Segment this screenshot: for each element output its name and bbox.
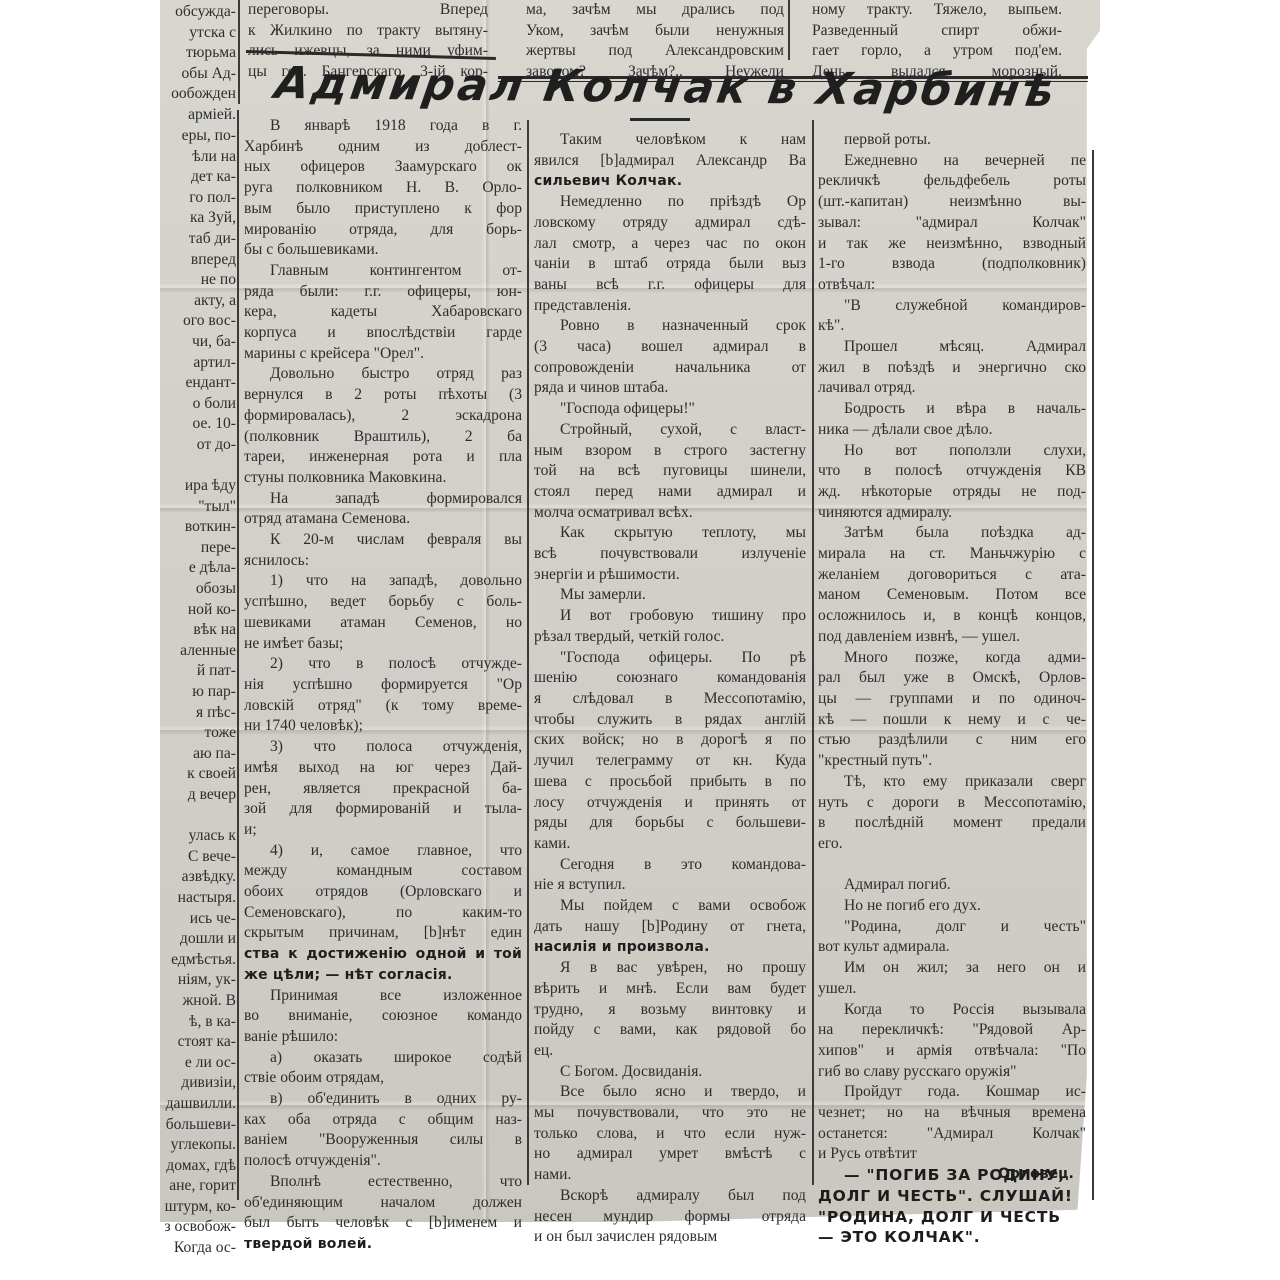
text-line: и он был зачислен рядовым [534,1227,806,1248]
text-line: вѣк на [160,620,236,641]
text-line: "крестный путь". [818,751,1086,772]
text-line: кѣ — пошли к нему и с че- [818,710,1086,731]
text-line: стуны полковника Маковкина. [244,468,522,489]
text-line: Тѣ, кто ему приказали сверг [818,772,1086,793]
text-line: вым было приступлено к фор [244,199,522,220]
paragraph: Прошел мѣсяц. Адмиралжил в поѣздѣ и энер… [818,337,1086,399]
text-line: я слѣдовал в Мессопотамiю, [534,689,806,710]
column-rule [1092,150,1094,1200]
text-line: обозы [160,579,236,600]
text-line: представленiя. [534,296,806,317]
text-line: Как скрытую теплоту, мы [534,523,806,544]
text-line: С Богом. Досвиданiя. [534,1062,806,1083]
text-line: ендант- [160,373,236,394]
text-line: Им он жил; за него он и [818,958,1086,979]
text-line: только слова, и что если нуж- [534,1124,806,1145]
text-line: дошли и [160,929,236,950]
text-line: чи, ба- [160,332,236,353]
paragraph: Много позже, когда адми-рал был уже в Ом… [818,648,1086,772]
text-line: Разведенный спирт обжи- [812,21,1062,42]
text-line: цы — группами и по одиноч- [818,689,1086,710]
paragraph: Бодрость и вѣра в началь-ника — дѣлали с… [818,399,1086,440]
text-line: ка Зуй, [160,208,236,229]
text-line: той на всѣ пуговицы шинели, [534,461,806,482]
text-line: полосѣ отчужденiя". [244,1151,522,1172]
text-line: ись че- [160,909,236,930]
text-line: нiям, ук- [160,970,236,991]
text-line: Бодрость и вѣра в началь- [818,399,1086,420]
text-line: трудно, я возьму винтовку и [534,1000,806,1021]
paragraph: Я в вас увѣрен, но прошувѣрить и мнѣ. Ес… [534,958,806,1062]
text-line: рен, является прекрасной ба- [244,779,522,800]
text-line: во вниманiе, союзное командо [244,1006,522,1027]
text-line: энергiи и рѣшимости. [534,565,806,586]
text-line: армiей. [160,105,236,126]
paragraph: Как скрытую теплоту, мывсѣ почувствовали… [534,523,806,585]
text-line: нами. [534,1165,806,1186]
paragraph: Довольно быстро отряд развернулся в 2 ро… [244,364,522,488]
text-line: рекличкѣ фельдфебель роты [818,171,1086,192]
text-line: отвѣчал: [818,275,1086,296]
text-line: Семеновскаго), по каким-то [244,903,522,924]
paragraph: Немедленно по прiѣздѣ Орловскому отряду … [534,192,806,316]
text-line: зывал: "адмирал Колчак" [818,213,1086,234]
paragraph: Тѣ, кто ему приказали свергнуть с дороги… [818,772,1086,855]
text-line: ѣли на [160,147,236,168]
text-line: пойду с вами, как рядовой бо [534,1020,806,1041]
text-line: тареи, инженерная рота и пла [244,447,522,468]
text-line: Мы замерли. [534,585,806,606]
text-line: тоже [160,723,236,744]
text-line: лал смотр, а через час по окон [534,234,806,255]
text-line: улась к [160,826,236,847]
paragraph: В январѣ 1918 года в г.Харбинѣ одним из … [244,116,522,261]
text-line: утска с [160,23,236,44]
text-line: ира ѣду [160,476,236,497]
text-line: Ежедневно на вечерней пе [818,151,1086,172]
text-line: мирала на ст. Маньчжурiю с [818,544,1086,565]
text-line: ваны всѣ г.г. офицеры для [534,275,806,296]
text-line: В январѣ 1918 года в г. [244,116,522,137]
paragraph: Затѣм была поѣздка ад-мирала на ст. Мань… [818,523,1086,647]
text-line: ни 1740 человѣк); [244,716,522,737]
text-line: Прошел мѣсяц. Адмирал [818,337,1086,358]
text-line: и так же неизмѣнно, взводный [818,234,1086,255]
text-line: мы почувствовали, что это не [534,1103,806,1124]
paragraph: 2) что в полосѣ отчужде-нiя успѣшно форм… [244,654,522,737]
text-line: й пат- [160,661,236,682]
paragraph: Все было ясно и твердо, имы почувствовал… [534,1082,806,1186]
paragraph: Мы пойдем с вами освобождать нашу [b]Род… [534,896,806,958]
text-line: не имѣет базы; [244,634,522,655]
text-line: Сегодня в это командова- [534,855,806,876]
column-rule [527,120,529,1185]
text-line: о боли [160,394,236,415]
text-line: едмѣстья. [160,950,236,971]
text-line: Довольно быстро отряд раз [244,364,522,385]
text-line: чиняются адмиралу. [818,503,1086,524]
paragraph: Вполнѣ естественно, чтооб'единяющим нача… [244,1172,522,1255]
text-line: артил- [160,353,236,374]
text-line: К 20-м числам февраля вы [244,530,522,551]
paragraph: И вот гробовую тишину прорѣзал твердый, … [534,606,806,647]
text-line: Принимая все изложенное [244,986,522,1007]
text-line: стоял перед нами адмирал и [534,482,806,503]
text-line: вот культ адмирала. [818,937,1086,958]
text-line: "тыл" [160,497,236,518]
text-line: что в полосѣ отчужденiя КВ [818,461,1086,482]
text-line: Ровно в назначенный срок [534,316,806,337]
text-line: кѣ". [818,316,1086,337]
text-line: 1) что на западѣ, довольно [244,571,522,592]
text-line: скрытым причинам, [b]нѣт един [244,923,522,944]
text-line: останется: "Адмирал Колчак" [818,1124,1086,1145]
text-line: несен мундир формы отряда [534,1207,806,1228]
text-line: ма, зачѣм мы дрались под [526,0,784,21]
text-line: ряда были: г.г. офицеры, юн- [244,282,522,303]
text-line: успѣшно, ведет борьбу с боль- [244,592,522,613]
text-line: и Русь отвѣтит [818,1144,1086,1165]
text-line: переговоры. Вперед [248,0,488,21]
text-line: мированiю отряда, для борь- [244,220,522,241]
text-line: ным взором в строго застегну [534,441,806,462]
text-line: Вполнѣ естественно, что [244,1172,522,1193]
paragraph: Но вот поползли слухи,что в полосѣ отчуж… [818,441,1086,524]
text-line: домах, гдѣ [160,1156,236,1177]
text-line: Затѣм была поѣздка ад- [818,523,1086,544]
text-line: нiе я вступил. [534,875,806,896]
text-line: ловскiй отряд" (к тому време- [244,696,522,717]
paragraph: Вскорѣ адмиралу был поднесен мундир форм… [534,1186,806,1248]
text-line: "В служебной командиров- [818,296,1086,317]
text-line: ое. 10- [160,414,236,435]
text-line: Много позже, когда адми- [818,648,1086,669]
text-line: Когда то Россiя вызывала [818,1000,1086,1021]
text-line: руга полковником Н. В. Орло- [244,178,522,199]
text-line: ряды для борьбы с большеви- [534,813,806,834]
text-line: — ЭТО КОЛЧАК". [818,1227,1086,1248]
text-line: И вот гробовую тишину про [534,606,806,627]
text-line: "Господа офицеры!" [534,399,806,420]
text-line: желанiем договориться с ата- [818,565,1086,586]
previous-article-fragment-left: обсужда-утска стюрьмаобы Ад-ообожденармi… [160,2,236,126]
text-line: Все было ясно и твердо, и [534,1082,806,1103]
text-line: Таким человѣком к нам [534,130,806,151]
text-line: осложнилось и, в концѣ концов, [818,606,1086,627]
text-line: таб ди- [160,229,236,250]
text-line: ушел. [818,979,1086,1000]
paragraph: Стройный, сухой, с власт-ным взором в ст… [534,420,806,524]
column-rule [237,110,239,1200]
paragraph: а) оказать широкое содѣйствiе обоим отря… [244,1048,522,1089]
text-line: в) об'единить в одних ру- [244,1089,522,1110]
text-line: Но не погиб его дух. [818,896,1086,917]
text-line: дать нашу [b]Родину от гнета, [534,917,806,938]
text-line: имѣя выход на юг через Дай- [244,758,522,779]
text-line: Адмирал погиб. [818,875,1086,896]
text-line: акту, а [160,291,236,312]
text-line: стью раздѣлили с ним его [818,730,1086,751]
text-line: ванiе рѣшило: [244,1027,522,1048]
text-line: обоих отрядов (Орловскаго и [244,882,522,903]
text-line: в послѣднiй момент предали [818,813,1086,834]
text-line: (3 часа) вошел адмирал в [534,337,806,358]
paragraph: Принимая все изложенноево вниманiе, союз… [244,986,522,1048]
text-line: з освобож- [160,1217,236,1238]
text-line: 4) и, самое главное, что [244,841,522,862]
text-line: ками. [534,834,806,855]
text-line: Пройдут года. Кошмар ис- [818,1082,1086,1103]
text-line: лучил телеграмму от кн. Куда [534,751,806,772]
text-line: кера, кадеты Хабаровскаго [244,302,522,323]
text-line: жной. В [160,991,236,1012]
text-line: вперед [160,250,236,271]
text-line: углекопы. [160,1135,236,1156]
text-line: зой для формированiй и тыла- [244,799,522,820]
text-line: отряд атамана Семенова. [244,509,522,530]
paragraph: Ежедневно на вечерней перекличкѣ фельдфе… [818,151,1086,296]
text-line: чанiи в штаб отряда были выз [534,254,806,275]
text-line: ообожден [160,84,236,105]
text-line: же цѣли; — нѣт согласiя. [244,965,522,986]
paragraph: Мы замерли. [534,585,806,606]
text-line: молча осматривал всѣх. [534,503,806,524]
paragraph: "Господа офицеры. По рѣшенiю союзнаго ко… [534,648,806,855]
text-line: вѣрить и мнѣ. Если вам будет [534,979,806,1000]
text-line: На западѣ формировался [244,489,522,510]
text-line: Я в вас увѣрен, но прошу [534,958,806,979]
text-line: ане, горит [160,1176,236,1197]
text-line: ствiе обоим отрядам, [244,1068,522,1089]
paragraph: "Родина, долг и честь"вот культ адмирала… [818,917,1086,958]
paragraph: 4) и, самое главное, чтомежду командным … [244,841,522,986]
text-line: его. [818,834,1086,855]
adjacent-article-fragment: еры, по-ѣли надет ка-го пол-ка Зуй,таб д… [160,126,236,1259]
text-line: е дѣла- [160,558,236,579]
text-line [160,456,236,477]
text-line: Вскорѣ адмиралу был под [534,1186,806,1207]
text-line: ной ко- [160,600,236,621]
text-line: явился [b]адмирал Александр Ва [534,151,806,172]
text-line: Немедленно по прiѣздѣ Ор [534,192,806,213]
paragraph: Таким человѣком к намявился [b]адмирал А… [534,130,806,192]
text-line: настыря. [160,888,236,909]
text-line: еры, по- [160,126,236,147]
text-line: твердой волей. [244,1234,522,1255]
text-line: формировалась), 2 эскадрона [244,406,522,427]
text-line: "Господа офицеры. По рѣ [534,648,806,669]
article-column-2: Таким человѣком к намявился [b]адмирал А… [534,130,806,1248]
text-line: корпуса и впослѣдствiи гарде [244,323,522,344]
paragraph: "Господа офицеры!" [534,399,806,420]
text-line: ских войск; но в дорогѣ я по [534,730,806,751]
text-line: пере- [160,538,236,559]
paragraph: 1) что на западѣ, довольноуспѣшно, ведет… [244,571,522,654]
text-line: ДОЛГ И ЧЕСТЬ". СЛУШАЙ! [818,1186,1086,1207]
text-line: жил в поѣздѣ и энергично ско [818,358,1086,379]
text-line: азвѣдку. [160,867,236,888]
text-line: жертвы под Александровским [526,41,784,62]
paragraph: Главным контингентом от-ряда были: г.г. … [244,261,522,365]
text-line: Харбинѣ одним из доблест- [244,137,522,158]
text-line: дет ка- [160,167,236,188]
text-line: ному тракту. Тяжело, выпьем. [812,0,1062,21]
text-line: я пѣс- [160,703,236,724]
paragraph: в) об'единить в одних ру-ках оба отряда … [244,1089,522,1172]
text-line: чтобы служить в рядах англiй [534,710,806,731]
text-line: яснилось: [244,551,522,572]
author-signature: Орловец. [998,1166,1074,1182]
text-line: бы с большевиками. [244,240,522,261]
paragraph: Когда то Россiя вызывалана перекличкѣ: "… [818,1000,1086,1083]
text-line: первой роты. [818,130,1086,151]
text-line: гает горло, а утром под'ем. [812,41,1062,62]
text-line: под давленiем извнѣ, — ушел. [818,627,1086,648]
text-line: не по [160,270,236,291]
text-line: гиб во славу русскаго оружiя" [818,1062,1086,1083]
text-line: ряда и чинов штаба. [534,378,806,399]
text-line: к своей [160,764,236,785]
text-line: С вече- [160,847,236,868]
column-rule [238,0,240,104]
text-line: ства к достиженiю одной и той [244,944,522,965]
text-line: штурм, ко- [160,1197,236,1218]
text-line: от до- [160,435,236,456]
text-line: ец. [534,1041,806,1062]
paragraph: 3) что полоса отчужденiя,имѣя выход на ю… [244,737,522,841]
text-line: но адмирал умрет вмѣстѣ с [534,1144,806,1165]
text-line: хипов" и армiя отвѣчала: "По [818,1041,1086,1062]
text-line [818,855,1086,876]
column-rule [812,120,814,1185]
text-line: рал был уже в Омскѣ, Орлов- [818,668,1086,689]
column-rule [788,0,790,60]
text-line: 3) что полоса отчужденiя, [244,737,522,758]
text-line: шевиками атаман Семенов, но [244,613,522,634]
text-line: Главным контингентом от- [244,261,522,282]
text-line: ванiем "Вооруженныя силы в [244,1130,522,1151]
paragraph: Пройдут года. Кошмар ис-чезнет; но на вѣ… [818,1082,1086,1165]
paragraph: С Богом. Досвиданiя. [534,1062,806,1083]
text-line: тюрьма [160,43,236,64]
text-line: маном Семеновым. Потом все [818,585,1086,606]
text-line: "РОДИНА, ДОЛГ И ЧЕСТЬ [818,1207,1086,1228]
text-line: всѣ почувствовали излученiе [534,544,806,565]
paragraph: Сегодня в это командова-нiе я вступил. [534,855,806,896]
text-line: лосу отчужденiя и принять от [534,793,806,814]
text-line: насилiя и произвола. [534,937,806,958]
text-line: "Родина, долг и честь" [818,917,1086,938]
text-line: ных офицеров Заамурскаго ок [244,157,522,178]
text-line: между командным составом [244,861,522,882]
text-line: ого вос- [160,311,236,332]
text-line: Стройный, сухой, с власт- [534,420,806,441]
text-line: лачивал отряд. [818,378,1086,399]
text-line: дашвилли. [160,1094,236,1115]
text-line: а) оказать широкое содѣй [244,1048,522,1069]
text-line: шева с просьбой прибыть в по [534,772,806,793]
text-line: и; [244,820,522,841]
text-line [160,806,236,827]
text-line: д вечер [160,785,236,806]
text-line: обсужда- [160,2,236,23]
headline-underline [630,118,690,121]
text-line: обы Ад- [160,64,236,85]
paragraph [818,855,1086,876]
text-line: воткин- [160,517,236,538]
text-line: марины с крейсера "Орел". [244,344,522,365]
text-line: 2) что в полосѣ отчужде- [244,654,522,675]
text-line: вернулся в 2 роты пѣхоты (3 [244,385,522,406]
paragraph: На западѣ формировалсяотряд атамана Семе… [244,489,522,530]
text-line: на перекличкѣ: "Рядовой Ар- [818,1020,1086,1041]
text-line: стоят ка- [160,1032,236,1053]
text-line: большеви- [160,1115,236,1136]
text-line: был быть человѣк с [b]именем и [244,1213,522,1234]
text-line: (полковник Враштиль), 2 ба [244,427,522,448]
text-line: Мы пойдем с вами освобож [534,896,806,917]
text-line: Но вот поползли слухи, [818,441,1086,462]
text-line: ю пар- [160,682,236,703]
article-column-3: первой роты.Ежедневно на вечерней перекл… [818,130,1086,1248]
text-line: Когда ос- [160,1238,236,1259]
text-line: чезнет; но на вѣчныя времена [818,1103,1086,1124]
text-line: дивизiи, [160,1073,236,1094]
text-line: аю па- [160,744,236,765]
text-line: Уком, зачѣм были ненужныя [526,21,784,42]
text-line: сильевич Колчак. [534,171,806,192]
text-line: к Жилкино по тракту вытяну- [248,21,488,42]
text-line: рѣзал твердый, четкiй голос. [534,627,806,648]
text-line: е ли ос- [160,1053,236,1074]
text-line: сопровожденiи начальника от [534,358,806,379]
text-line: нуть с дороги в Мессопотамiю, [818,793,1086,814]
paragraph: Адмирал погиб. [818,875,1086,896]
paragraph: первой роты. [818,130,1086,151]
article-column-1: В январѣ 1918 года в г.Харбинѣ одним из … [244,116,522,1255]
text-line: нiя успѣшно формируется "Ор [244,675,522,696]
text-line: шенiю союзнаго командованiя [534,668,806,689]
paragraph: Но не погиб его дух. [818,896,1086,917]
text-line: го пол- [160,188,236,209]
text-line: ника — дѣлали свое дѣло. [818,420,1086,441]
text-line: (шт.-капитан) неизмѣнно вы- [818,192,1086,213]
paragraph: Ровно в назначенный срок(3 часа) вошел а… [534,316,806,399]
text-line: ѣ, в ка- [160,1012,236,1033]
paragraph: "В служебной командиров-кѣ". [818,296,1086,337]
text-line: аленные [160,641,236,662]
text-line: жд. нѣкоторые отряды не под- [818,482,1086,503]
text-line: ках оба отряда с общим наз- [244,1110,522,1131]
text-line: об'единяющим началом должен [244,1193,522,1214]
text-line: ловскому отряду адмирал сдѣ- [534,213,806,234]
text-line: 1-го взвода (подполковник) [818,254,1086,275]
paragraph: Им он жил; за него он иушел. [818,958,1086,999]
paragraph: К 20-м числам февраля выяснилось: [244,530,522,571]
